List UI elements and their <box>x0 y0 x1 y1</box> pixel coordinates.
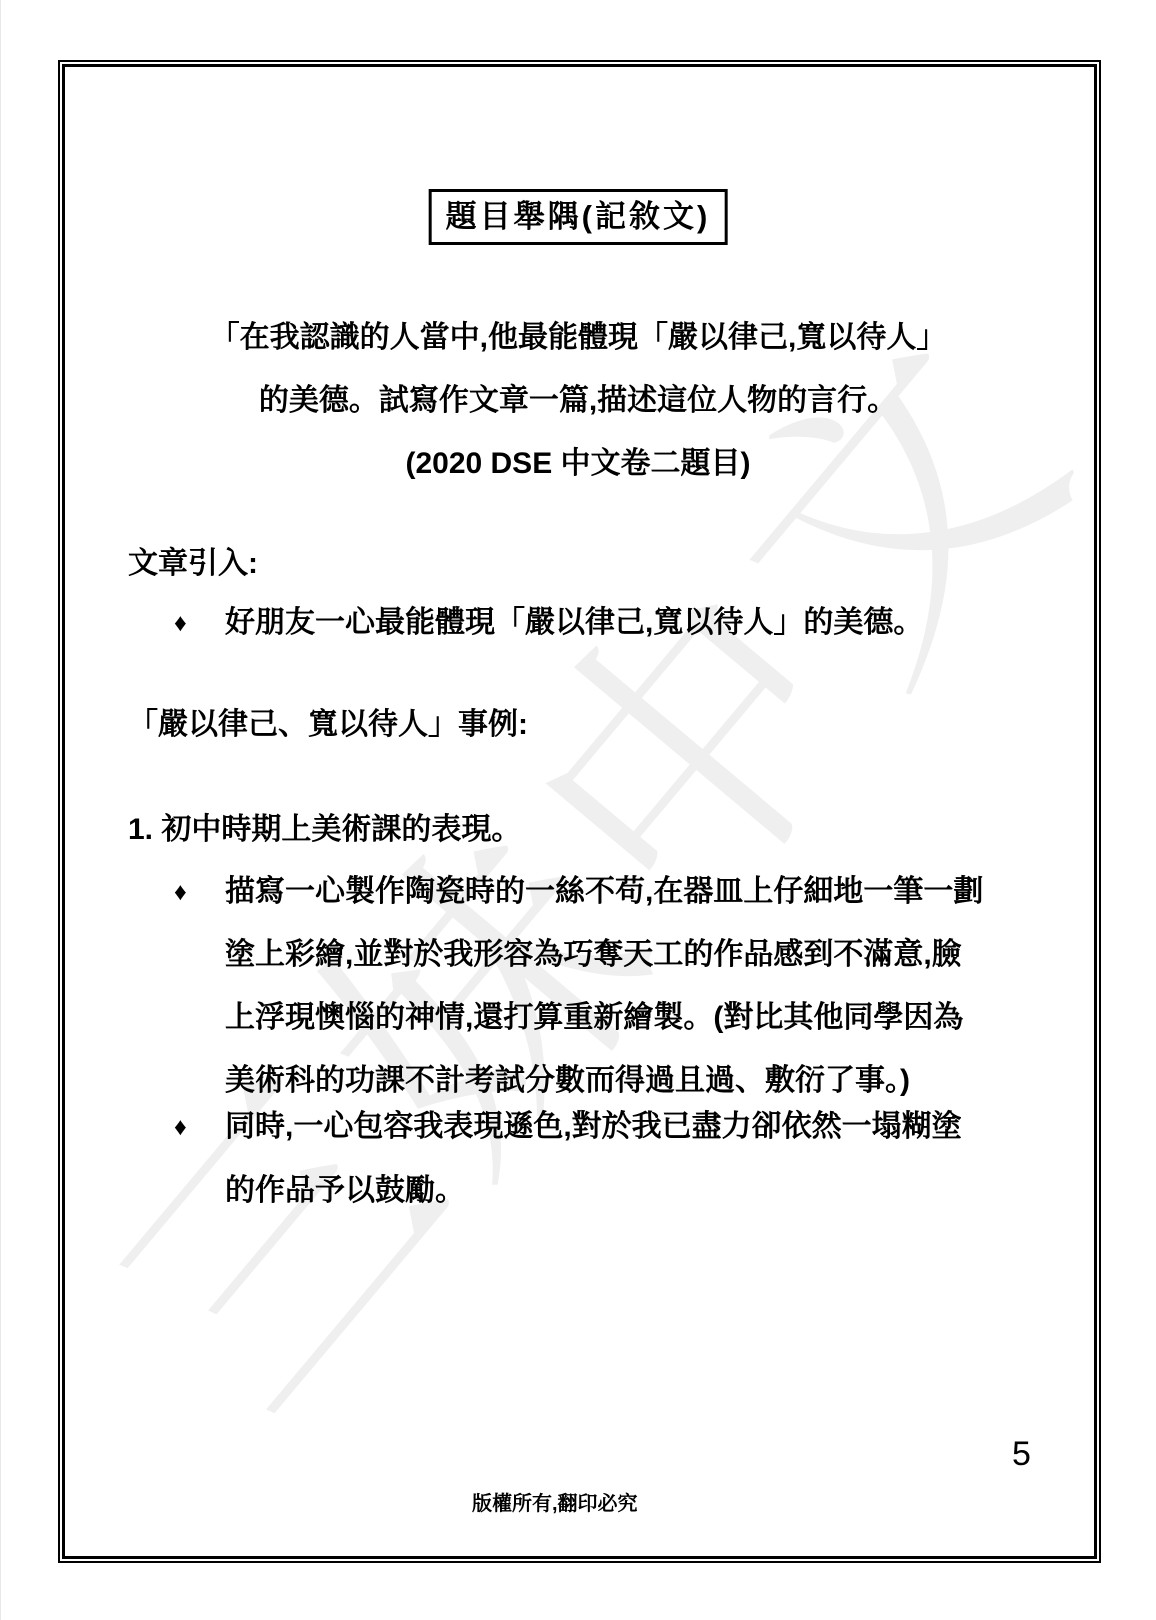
copyright-footer: 版權所有,翻印必究 <box>472 1492 638 1516</box>
case-bullet-1-line-3: 上浮現懊惱的神情,還打算重新繪製。(對比其他同學因為 <box>225 986 983 1049</box>
title-box: 題目舉隅(記敘文) <box>429 189 728 245</box>
question-line-2: 的美德。試寫作文章一篇,描述這位人物的言行。 <box>0 369 1156 432</box>
exam-question-block: 「在我認識的人當中,他最能體現「嚴以律己,寬以待人」 的美德。試寫作文章一篇,描… <box>0 306 1156 495</box>
intro-section-heading: 文章引入: <box>128 532 258 596</box>
case-bullet-1-text: 描寫一心製作陶瓷時的一絲不苟,在器皿上仔細地一筆一劃 塗上彩繪,並對於我形容為巧… <box>225 860 983 1112</box>
page-number: 5 <box>1012 1436 1031 1472</box>
page-content: 題目舉隅(記敘文) 「在我認識的人當中,他最能體現「嚴以律己,寬以待人」 的美德… <box>0 0 1156 1620</box>
diamond-bullet-icon: ♦ <box>174 860 225 924</box>
case-bullet-2-text: 同時,一心包容我表現遜色,對於我已盡力卻依然一塌糊塗 的作品予以鼓勵。 <box>225 1095 962 1223</box>
case-item-1-label: 1. 初中時期上美術課的表現。 <box>128 798 521 862</box>
document-page: 三妹中文 題目舉隅(記敘文) 「在我認識的人當中,他最能體現「嚴以律己,寬以待人… <box>0 0 1156 1620</box>
intro-bullet-item: ♦ 好朋友一心最能體現「嚴以律己,寬以待人」的美德。 <box>174 591 923 655</box>
diamond-bullet-icon: ♦ <box>174 591 225 655</box>
case-bullet-2: ♦ 同時,一心包容我表現遜色,對於我已盡力卻依然一塌糊塗 的作品予以鼓勵。 <box>174 1095 962 1223</box>
intro-bullet-text: 好朋友一心最能體現「嚴以律己,寬以待人」的美德。 <box>225 591 923 655</box>
case-bullet-1-line-1: 描寫一心製作陶瓷時的一絲不苟,在器皿上仔細地一筆一劃 <box>225 860 983 923</box>
cases-section-heading: 「嚴以律己、寬以待人」事例: <box>128 693 528 757</box>
case-bullet-2-line-2: 的作品予以鼓勵。 <box>225 1159 962 1223</box>
question-line-1: 「在我認識的人當中,他最能體現「嚴以律己,寬以待人」 <box>0 306 1156 369</box>
question-source: (2020 DSE 中文卷二題目) <box>0 432 1156 495</box>
case-bullet-2-line-1: 同時,一心包容我表現遜色,對於我已盡力卻依然一塌糊塗 <box>225 1095 962 1159</box>
diamond-bullet-icon: ♦ <box>174 1095 225 1159</box>
case-bullet-1-line-2: 塗上彩繪,並對於我形容為巧奪天工的作品感到不滿意,臉 <box>225 923 983 986</box>
case-bullet-1: ♦ 描寫一心製作陶瓷時的一絲不苟,在器皿上仔細地一筆一劃 塗上彩繪,並對於我形容… <box>174 860 983 1112</box>
